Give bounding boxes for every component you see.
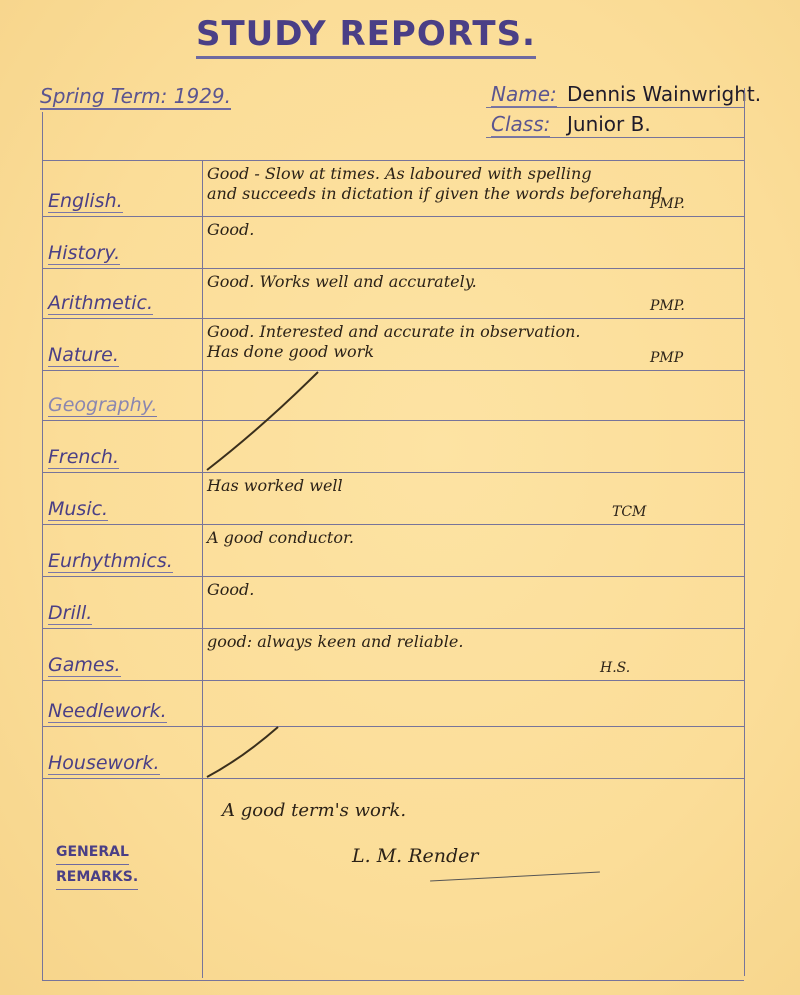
strikethrough-mark xyxy=(0,0,800,995)
